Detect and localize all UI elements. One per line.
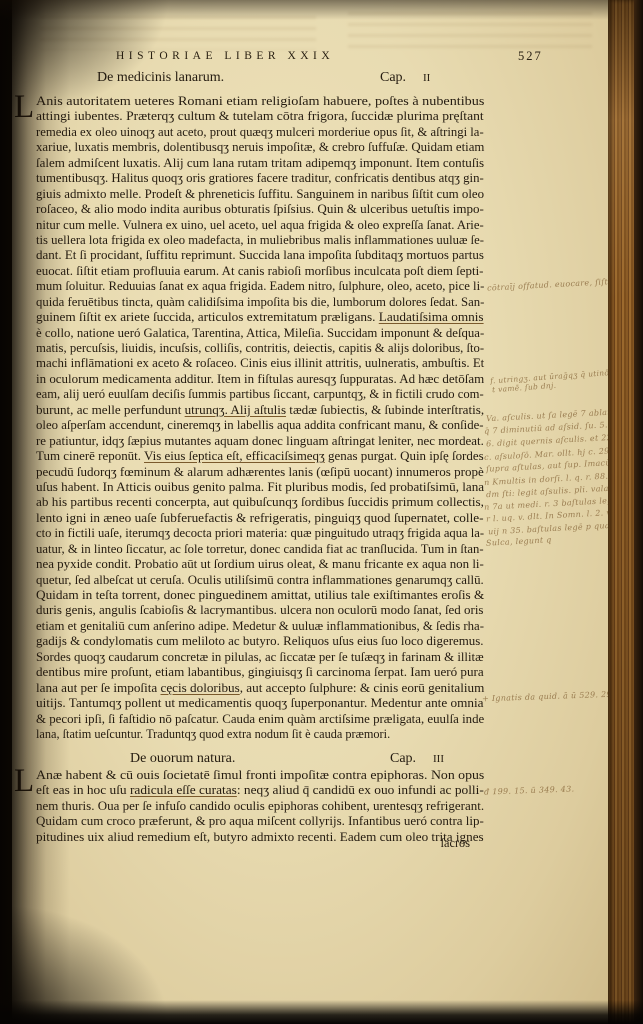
marginalia-note: uij n 35. baſtulas legē p qualē bbox=[488, 521, 618, 537]
fore-edge bbox=[608, 0, 643, 1024]
marginalia-note: đ 199. 15. ū 349. 43. bbox=[484, 784, 575, 796]
marginalia-layer: cōtraīj offatud. euocare, ſiſtere.f. utr… bbox=[0, 0, 643, 1024]
fore-edge-dark bbox=[634, 0, 643, 1024]
marginalia-note: cōtraīj offatud. euocare, ſiſtere. bbox=[487, 276, 625, 292]
fore-edge-tint bbox=[608, 0, 634, 1024]
marginalia-note: + Ignatis da quid. ā ū 529. 29. bbox=[482, 690, 615, 704]
book-scan: HISTORIAE LIBER XXIX 527 De medicinis la… bbox=[0, 0, 643, 1024]
marginalia-note: Sulca, legunt q bbox=[486, 535, 552, 547]
